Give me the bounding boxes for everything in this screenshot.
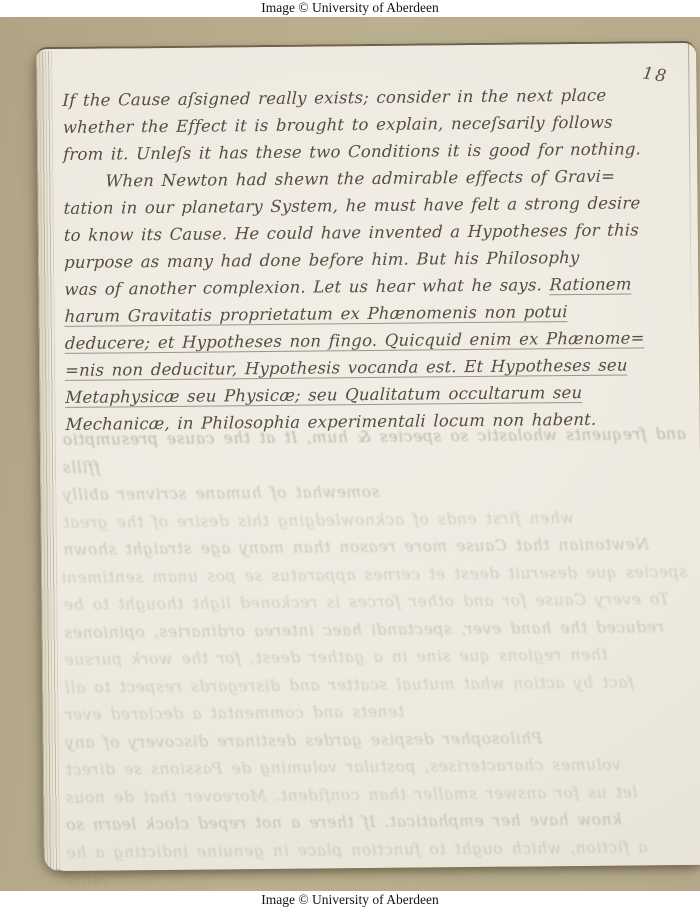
page-right-edge: [688, 43, 692, 343]
handwritten-text-block: If the Cause aſsigned really exists; con…: [62, 81, 683, 438]
bleedthrough-line: Mths: [66, 861, 690, 894]
copyright-banner-bottom: Image © University of Aberdeen: [0, 891, 700, 910]
bleedthrough-text-block: and frequents wholastic so species & hum…: [62, 421, 690, 894]
manuscript-page: 18 If the Cause aſsigned really exists; …: [36, 41, 700, 871]
copyright-text-top: Image © University of Aberdeen: [261, 0, 438, 15]
copyright-banner-top: Image © University of Aberdeen: [0, 0, 700, 17]
book-page-stack-edge: [36, 51, 60, 871]
scan-background: 18 If the Cause aſsigned really exists; …: [0, 17, 700, 891]
copyright-text-bottom: Image © University of Aberdeen: [261, 892, 438, 907]
